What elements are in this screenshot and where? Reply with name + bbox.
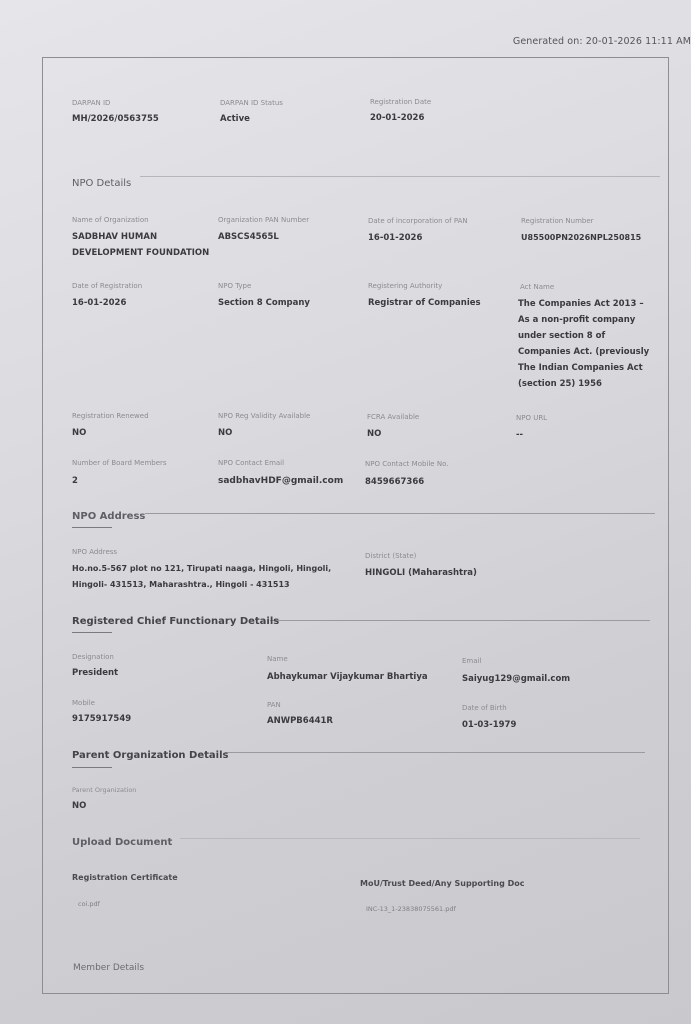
reg-date-value: 16-01-2026 xyxy=(72,295,126,311)
reg-validity-value: NO xyxy=(218,425,232,441)
address-value: Ho.no.5-567 plot no 121, Tirupati naaga,… xyxy=(72,561,347,593)
mou-label: MoU/Trust Deed/Any Supporting Doc xyxy=(360,876,525,892)
reg-authority-label: Registering Authority xyxy=(368,282,442,290)
npo-url-label: NPO URL xyxy=(516,414,547,422)
mobile-value: 9175917549 xyxy=(72,711,131,727)
reg-renewed-label: Registration Renewed xyxy=(72,412,149,420)
npo-address-title: NPO Address xyxy=(72,511,145,522)
chief-functionary-title: Registered Chief Functionary Details xyxy=(72,616,279,627)
contact-mobile-value: 8459667366 xyxy=(365,474,424,490)
contact-email-label: NPO Contact Email xyxy=(218,459,284,467)
npo-type-value: Section 8 Company xyxy=(218,295,310,311)
reg-renewed-value: NO xyxy=(72,425,86,441)
upload-document-title: Upload Document xyxy=(72,837,172,848)
address-label: NPO Address xyxy=(72,548,117,556)
act-name-value: The Companies Act 2013 – As a non-profit… xyxy=(518,296,658,392)
pan-value: ANWPB6441R xyxy=(267,713,333,729)
email-value: Saiyug129@gmail.com xyxy=(462,671,570,687)
darpan-status-label: DARPAN ID Status xyxy=(220,99,283,107)
reg-number-label: Registration Number xyxy=(521,217,594,225)
name-label: Name xyxy=(267,655,288,663)
pan-date-label: Date of incorporation of PAN xyxy=(368,217,468,225)
darpan-id-label: DARPAN ID xyxy=(72,99,110,107)
reg-validity-label: NPO Reg Validity Available xyxy=(218,412,310,420)
mobile-label: Mobile xyxy=(72,699,95,707)
reg-certificate-file[interactable]: coi.pdf xyxy=(78,900,100,908)
parent-org-label: Parent Organization xyxy=(72,786,136,794)
contact-email-value: sadbhavHDF@gmail.com xyxy=(218,473,343,489)
org-name-value: SADBHAV HUMAN DEVELOPMENT FOUNDATION xyxy=(72,229,212,261)
reg-number-value: U85500PN2026NPL250815 xyxy=(521,230,641,246)
darpan-status-value: Active xyxy=(220,111,250,127)
npo-type-label: NPO Type xyxy=(218,282,251,290)
org-pan-value: ABSCS4565L xyxy=(218,229,279,245)
parent-org-title: Parent Organization Details xyxy=(72,750,228,761)
designation-label: Designation xyxy=(72,653,114,661)
contact-mobile-label: NPO Contact Mobile No. xyxy=(365,460,448,468)
member-details-title: Member Details xyxy=(73,963,144,973)
org-name-label: Name of Organization xyxy=(72,216,149,224)
pan-date-value: 16-01-2026 xyxy=(368,230,422,246)
designation-value: President xyxy=(72,665,118,681)
board-members-value: 2 xyxy=(72,473,78,489)
pan-label: PAN xyxy=(267,701,281,709)
name-value: Abhaykumar Vijaykumar Bhartiya xyxy=(267,669,428,685)
email-label: Email xyxy=(462,657,481,665)
district-label: District (State) xyxy=(365,552,416,560)
document-frame xyxy=(42,57,669,994)
board-members-label: Number of Board Members xyxy=(72,459,167,467)
darpan-id-value: MH/2026/0563755 xyxy=(72,111,159,127)
parent-org-value: NO xyxy=(72,798,86,814)
dob-value: 01-03-1979 xyxy=(462,717,516,733)
registration-date-value: 20-01-2026 xyxy=(370,110,424,126)
mou-file[interactable]: INC-13_1-23838075561.pdf xyxy=(366,905,456,913)
dob-label: Date of Birth xyxy=(462,704,507,712)
act-name-label: Act Name xyxy=(520,283,554,291)
fcra-value: NO xyxy=(367,426,381,442)
fcra-label: FCRA Available xyxy=(367,413,419,421)
npo-url-value: -- xyxy=(516,427,523,443)
org-pan-label: Organization PAN Number xyxy=(218,216,309,224)
registration-date-label: Registration Date xyxy=(370,98,431,106)
district-value: HINGOLI (Maharashtra) xyxy=(365,565,477,581)
reg-certificate-label: Registration Certificate xyxy=(72,870,178,886)
generated-on: Generated on: 20-01-2026 11:11 AM xyxy=(513,36,691,47)
npo-details-title: NPO Details xyxy=(72,178,131,189)
reg-authority-value: Registrar of Companies xyxy=(368,295,481,311)
reg-date-label: Date of Registration xyxy=(72,282,142,290)
